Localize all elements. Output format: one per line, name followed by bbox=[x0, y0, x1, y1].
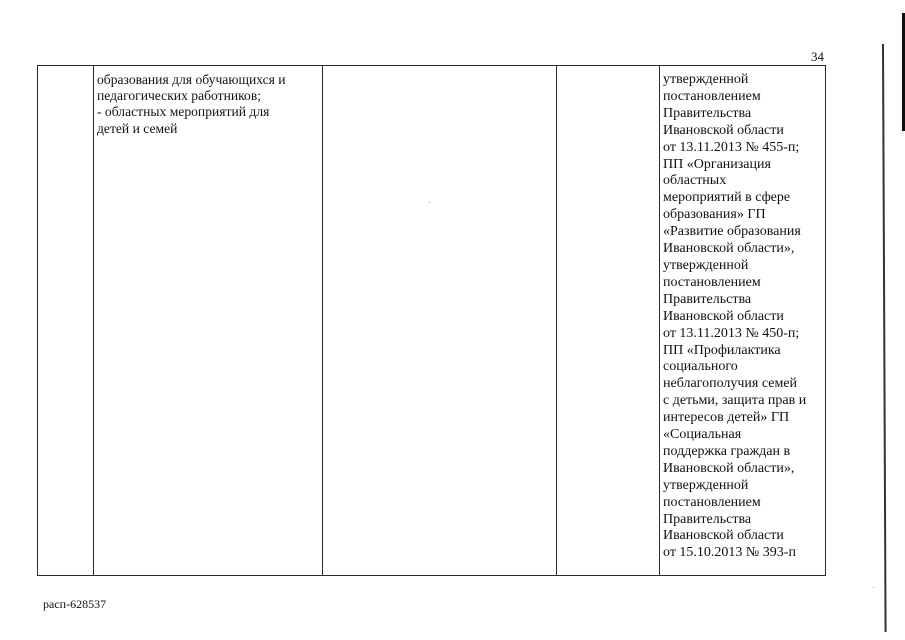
scan-speck bbox=[429, 202, 430, 203]
table-cell-description: образования для обучающихся и педагогиче… bbox=[94, 66, 323, 576]
table-cell-empty bbox=[557, 66, 660, 576]
scan-speck bbox=[873, 587, 874, 588]
table-row: образования для обучающихся и педагогиче… bbox=[38, 66, 826, 576]
table-cell-number bbox=[38, 66, 94, 576]
cell-text: утвержденной постановлением Правительств… bbox=[660, 66, 825, 562]
table-cell-legal-basis: утвержденной постановлением Правительств… bbox=[660, 66, 826, 576]
cell-text: образования для обучающихся и педагогиче… bbox=[94, 66, 322, 137]
table-cell-empty bbox=[323, 66, 557, 576]
cell-text bbox=[557, 66, 659, 72]
cell-text bbox=[38, 66, 93, 72]
page-number: 34 bbox=[811, 50, 824, 64]
cell-text bbox=[323, 66, 556, 72]
scan-artifact-line bbox=[882, 44, 886, 632]
document-code: расп-628537 bbox=[43, 597, 106, 611]
document-table: образования для обучающихся и педагогиче… bbox=[37, 65, 826, 576]
